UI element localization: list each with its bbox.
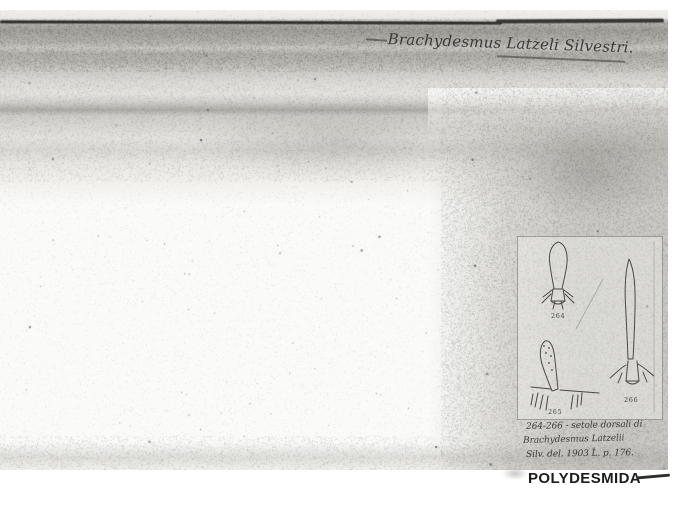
- figure-265-label: 265: [548, 408, 562, 416]
- figure-266-lanceolate-seta: 266: [610, 259, 654, 404]
- figure-265-papillate-seta: 265: [531, 341, 599, 416]
- figure-266-label: 266: [624, 396, 638, 404]
- scan-smudge-corner: [502, 467, 528, 480]
- seta-figures-drawing: 264 265: [518, 237, 662, 419]
- order-label-dash: [637, 474, 670, 480]
- scratch-mark: [576, 279, 603, 329]
- scanned-archive-page: Brachydesmus Latzeli Silvestri. 264: [0, 0, 700, 508]
- order-name-label: POLYDESMIDA: [528, 470, 641, 487]
- figure-265-papillae-dots: [543, 345, 553, 371]
- caption-line-3: Silv. del. 1903 L. p. 176.: [526, 448, 634, 460]
- scanned-plate-photo: Brachydesmus Latzeli Silvestri. 264: [0, 10, 668, 470]
- figure-plate-frame: 264 265: [517, 236, 663, 420]
- figure-264-club-seta: 264: [542, 242, 574, 320]
- figure-264-label: 264: [551, 312, 565, 320]
